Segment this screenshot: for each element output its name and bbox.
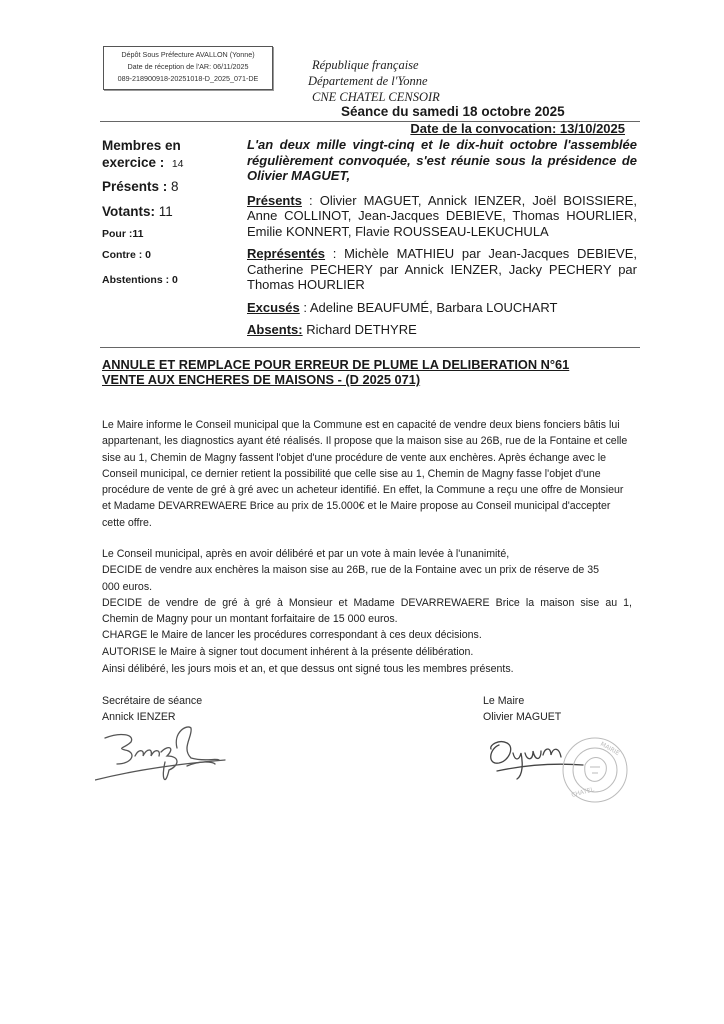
for-count-row: Pour :11 <box>102 228 143 240</box>
decision-line: Le Conseil municipal, après en avoir dél… <box>102 546 632 562</box>
present-count: 8 <box>171 179 179 194</box>
deliberation-title: ANNULE ET REMPLACE POUR ERREUR DE PLUME … <box>102 357 642 387</box>
members-count: 14 <box>172 158 184 170</box>
excused-list: Excusés : Adeline BEAUFUMÉ, Barbara LOUC… <box>247 300 637 316</box>
decision-line: Chemin de Magny pour un montant forfaita… <box>102 611 632 627</box>
council-decisions: Le Conseil municipal, après en avoir dél… <box>102 546 632 660</box>
decision-line: CHARGE le Maire de lancer les procédures… <box>102 627 632 643</box>
attendance-panel: L'an deux mille vingt-cinq et le dix-hui… <box>247 137 637 338</box>
voters-count-row: Votants: 11 <box>102 203 173 220</box>
closing-statement: Ainsi délibéré, les jours mois et an, et… <box>102 661 632 677</box>
abstentions-count: 0 <box>172 274 178 286</box>
against-count: 0 <box>145 249 151 261</box>
decision-line: DECIDE de vendre aux enchères la maison … <box>102 562 632 578</box>
stamp-line-receipt-date: Date de réception de l'AR: 06/11/2025 <box>104 61 272 73</box>
town-hall-seal: MAIRIE CHATEL <box>560 735 630 805</box>
deliberation-document: Dépôt Sous Préfecture AVALLON (Yonne) Da… <box>0 0 724 1024</box>
absent-list: Absents: Richard DETHYRE <box>247 322 637 338</box>
letterhead-commune: CNE CHATEL CENSOIR <box>280 89 480 105</box>
svg-text:CHATEL: CHATEL <box>571 786 596 799</box>
mayor-signature-block: Le Maire Olivier MAGUET <box>483 693 561 725</box>
mayor-statement-paragraph: Le Maire informe le Conseil municipal qu… <box>102 417 632 531</box>
for-count: 11 <box>132 228 143 240</box>
letterhead-department: Département de l'Yonne <box>280 73 480 89</box>
session-intro: L'an deux mille vingt-cinq et le dix-hui… <box>247 137 637 184</box>
prefecture-receipt-stamp: Dépôt Sous Préfecture AVALLON (Yonne) Da… <box>103 46 273 90</box>
secretary-handwritten-signature <box>95 718 265 788</box>
convocation-date: Date de la convocation: 13/10/2025 <box>0 121 625 136</box>
presents-list: Présents : Olivier MAGUET, Annick IENZER… <box>247 193 637 240</box>
decision-line: AUTORISE le Maire à signer tout document… <box>102 644 632 660</box>
mayor-name: Olivier MAGUET <box>483 709 561 725</box>
mayor-title: Le Maire <box>483 693 561 709</box>
session-date-heading: Séance du samedi 18 octobre 2025 <box>341 104 565 119</box>
abstentions-count-row: Abstentions : 0 <box>102 274 178 286</box>
members-in-office: Membres en exercice : 14 <box>102 137 184 173</box>
decision-line: 000 euros. <box>102 579 632 595</box>
stamp-line-reference: 089-218900918-20251018-D_2025_071-DE <box>104 73 272 85</box>
present-count-row: Présents : 8 <box>102 178 179 195</box>
decision-line: DECIDE de vendre de gré à gré à Monsieur… <box>102 595 632 611</box>
against-count-row: Contre : 0 <box>102 249 151 261</box>
letterhead-republic: République française <box>280 57 480 73</box>
stamp-line-deposit: Dépôt Sous Préfecture AVALLON (Yonne) <box>104 49 272 61</box>
voters-count: 11 <box>159 204 173 219</box>
represented-list: Représentés : Michèle MATHIEU par Jean-J… <box>247 246 637 293</box>
letterhead: République française Département de l'Yo… <box>280 57 480 105</box>
secretary-title: Secrétaire de séance <box>102 693 202 709</box>
divider-middle <box>100 347 640 348</box>
